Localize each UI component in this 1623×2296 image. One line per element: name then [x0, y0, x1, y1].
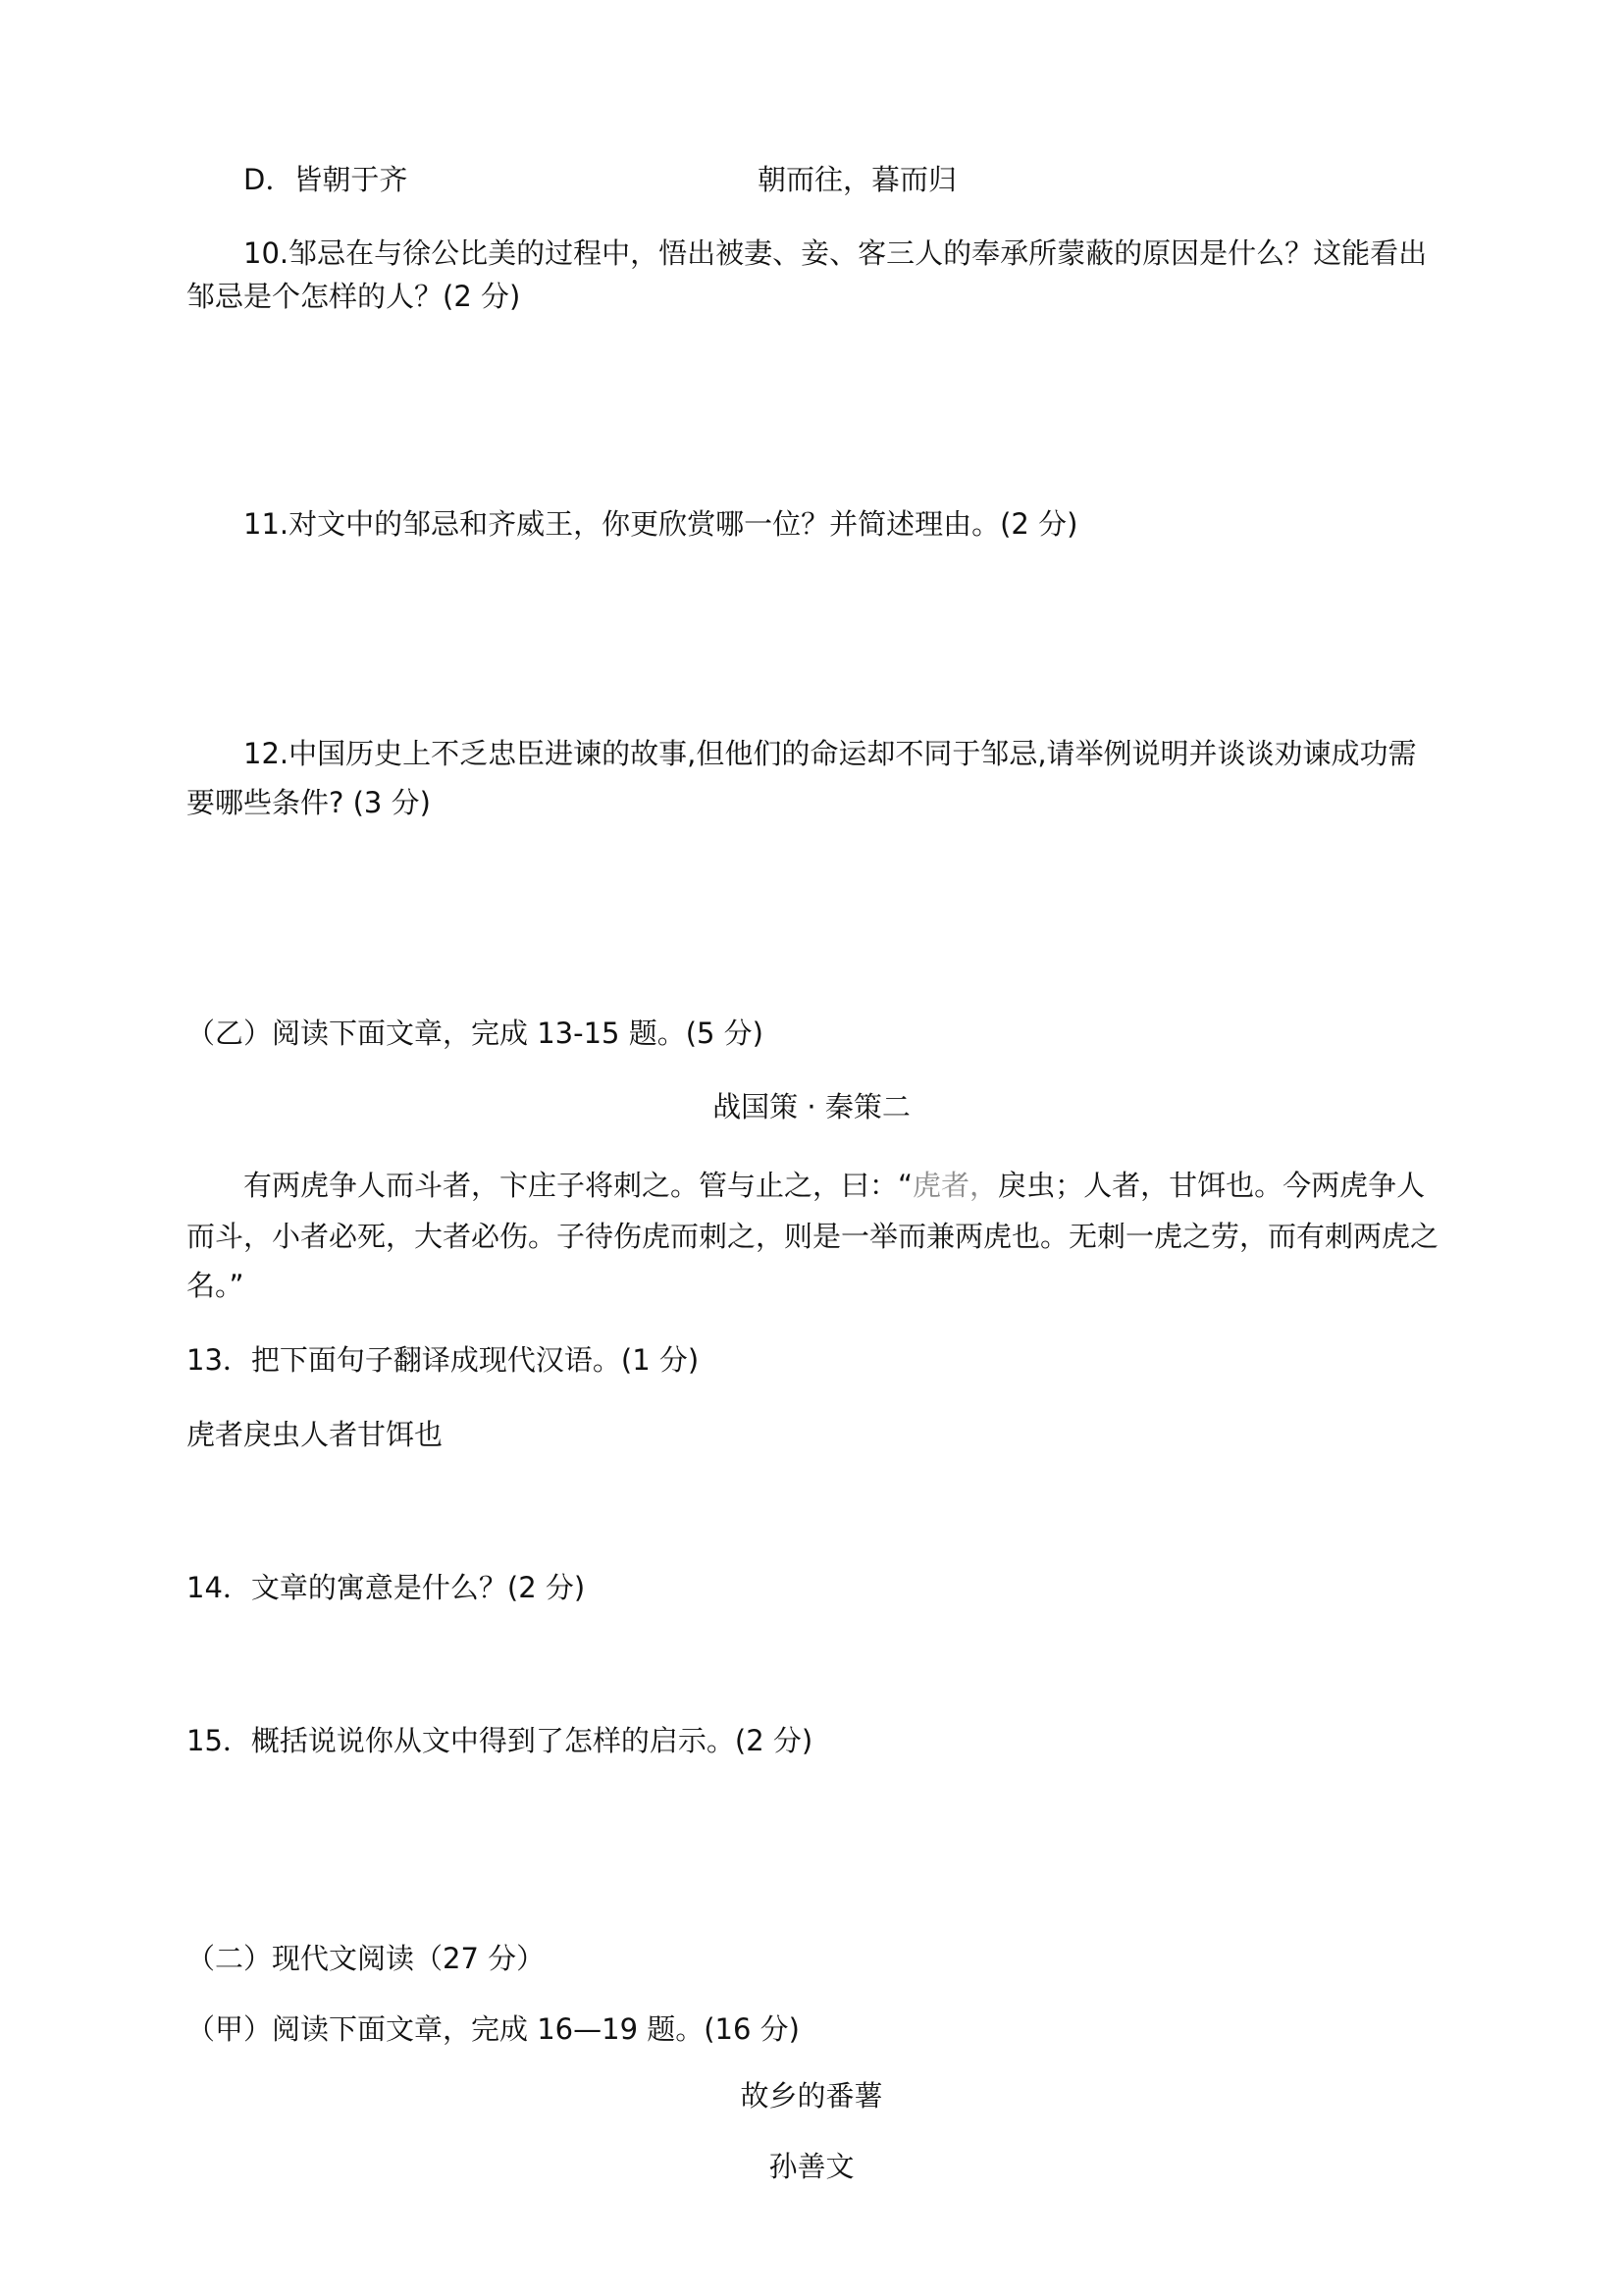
quote-open: “	[898, 1169, 913, 1202]
section-modern-heading: （二）现代文阅读（27 分）	[186, 1941, 545, 1976]
section-yi-title: 战国策 · 秦策二	[0, 1089, 1623, 1124]
question-14: 14．文章的寓意是什么？(2 分)	[186, 1570, 585, 1605]
passage-line-1: 有两虎争人而斗者，卞庄子将刺之。管与止之，曰：“虎者，戾虫；人者，甘饵也。今两虎…	[243, 1168, 1425, 1203]
article-author: 孙善文	[0, 2149, 1623, 2184]
option-d-label: D．皆朝于齐	[243, 162, 407, 197]
question-12-line1: 12.中国历史上不乏忠臣进谏的故事,但他们的命运却不同于邹忌,请举例说明并谈谈劝…	[243, 736, 1417, 771]
question-10-line1: 10.邹忌在与徐公比美的过程中，悟出被妻、妾、客三人的奉承所蒙蔽的原因是什么？这…	[243, 235, 1427, 271]
option-d-example: 朝而往，暮而归	[758, 162, 957, 197]
passage-line-1-pre: 有两虎争人而斗者，卞庄子将刺之。管与止之，曰：	[243, 1169, 898, 1202]
question-10-line2: 邹忌是个怎样的人？(2 分)	[186, 279, 520, 314]
passage-line-2: 而斗，小者必死，大者必伤。子待伤虎而刺之，则是一举而兼两虎也。无刺一虎之劳，而有…	[186, 1219, 1439, 1254]
question-13: 13．把下面句子翻译成现代汉语。(1 分)	[186, 1342, 699, 1378]
article-title: 故乡的番薯	[0, 2078, 1623, 2113]
section-yi-heading: （乙）阅读下面文章，完成 13-15 题。(5 分)	[186, 1016, 763, 1051]
question-15: 15．概括说说你从文中得到了怎样的启示。(2 分)	[186, 1723, 812, 1758]
question-11: 11.对文中的邹忌和齐威王，你更欣赏哪一位？并简述理由。(2 分)	[243, 506, 1077, 542]
passage-line-3: 名。”	[186, 1268, 244, 1303]
question-12-line2: 要哪些条件? (3 分)	[186, 785, 431, 820]
passage-gray-text: 虎者，	[913, 1169, 998, 1202]
passage-line-1-post: 戾虫；人者，甘饵也。今两虎争人	[998, 1169, 1425, 1202]
section-modern-subheading: （甲）阅读下面文章，完成 16—19 题。(16 分)	[186, 2011, 800, 2047]
question-13-sentence: 虎者戾虫人者甘饵也	[186, 1417, 443, 1452]
